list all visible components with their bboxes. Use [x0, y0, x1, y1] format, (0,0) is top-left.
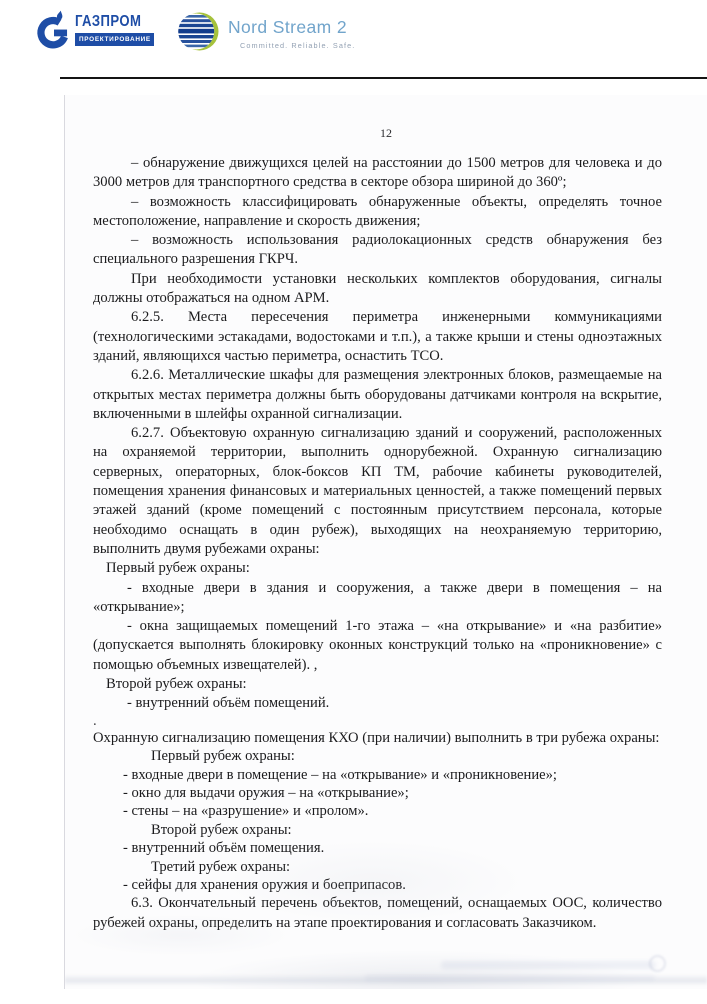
paragraph: - окна защищаемых помещений 1-го этажа –…: [93, 617, 662, 675]
watermark-smudge: [441, 961, 656, 969]
header-gazprom-logo: ГАЗПРОМ ПРОЕКТИРОВАНИЕ: [36, 9, 156, 56]
scan-bottom-shadow: [65, 974, 707, 986]
paragraph: - входные двери в помещение – на «открыв…: [123, 766, 662, 784]
gazprom-sub-banner: ПРОЕКТИРОВАНИЕ: [75, 33, 154, 46]
paragraph: – возможность использования радиолокацио…: [93, 231, 662, 270]
gazprom-flame-mark-icon: [36, 9, 72, 56]
header-divider-rule: [60, 77, 707, 79]
paragraph: 6.3. Окончательный перечень объектов, по…: [93, 894, 662, 933]
scan-page: 12 – обнаружение движущихся целей на рас…: [64, 95, 707, 989]
paragraph: - входные двери в здания и сооружения, а…: [93, 579, 662, 618]
stamp-ghost-icon: [649, 955, 666, 972]
page-body: – обнаружение движущихся целей на рассто…: [93, 154, 662, 933]
paragraph: При необходимости установки нескольких к…: [93, 270, 662, 309]
paragraph: Охранную сигнализацию помещения КХО (при…: [93, 729, 662, 748]
gazprom-wordmark: ГАЗПРОМ: [75, 13, 141, 31]
nordstream-tagline: Committed. Reliable. Safe.: [228, 41, 355, 50]
watermark-smudge: [365, 975, 655, 981]
paragraph: - внутренний объём помещений.: [93, 694, 662, 713]
paragraph: Первый рубеж охраны:: [93, 559, 662, 578]
page-root: { "header": { "gazprom": { "wordmark": "…: [0, 0, 707, 1004]
paragraph: Второй рубеж охраны:: [151, 821, 662, 839]
paragraph: Второй рубеж охраны:: [93, 675, 662, 694]
paragraph: - сейфы для хранения оружия и боеприпасо…: [123, 876, 662, 894]
paragraph: - окно для выдачи оружия – на «открывани…: [123, 784, 662, 802]
nordstream-globe-icon: [178, 11, 219, 57]
nordstream-wordmark: Nord Stream 2: [228, 17, 355, 38]
paragraph: - внутренний объём помещения.: [123, 839, 662, 857]
paragraph: 6.2.7. Объектовую охранную сигнализацию …: [93, 424, 662, 559]
paragraph: .: [93, 714, 662, 729]
page-number: 12: [65, 126, 707, 141]
paragraph: – возможность классифицировать обнаружен…: [93, 193, 662, 232]
header-nordstream-logo: Nord Stream 2 Committed. Reliable. Safe.: [178, 11, 355, 57]
paragraph: - стены – на «разрушение» и «пролом».: [123, 802, 662, 820]
paragraph: 6.2.5. Места пересечения периметра инжен…: [93, 308, 662, 366]
paragraph: 6.2.6. Металлические шкафы для размещени…: [93, 366, 662, 424]
paragraph: Первый рубеж охраны:: [151, 747, 662, 765]
paragraph: – обнаружение движущихся целей на рассто…: [93, 154, 662, 193]
paragraph: Третий рубеж охраны:: [151, 858, 662, 876]
